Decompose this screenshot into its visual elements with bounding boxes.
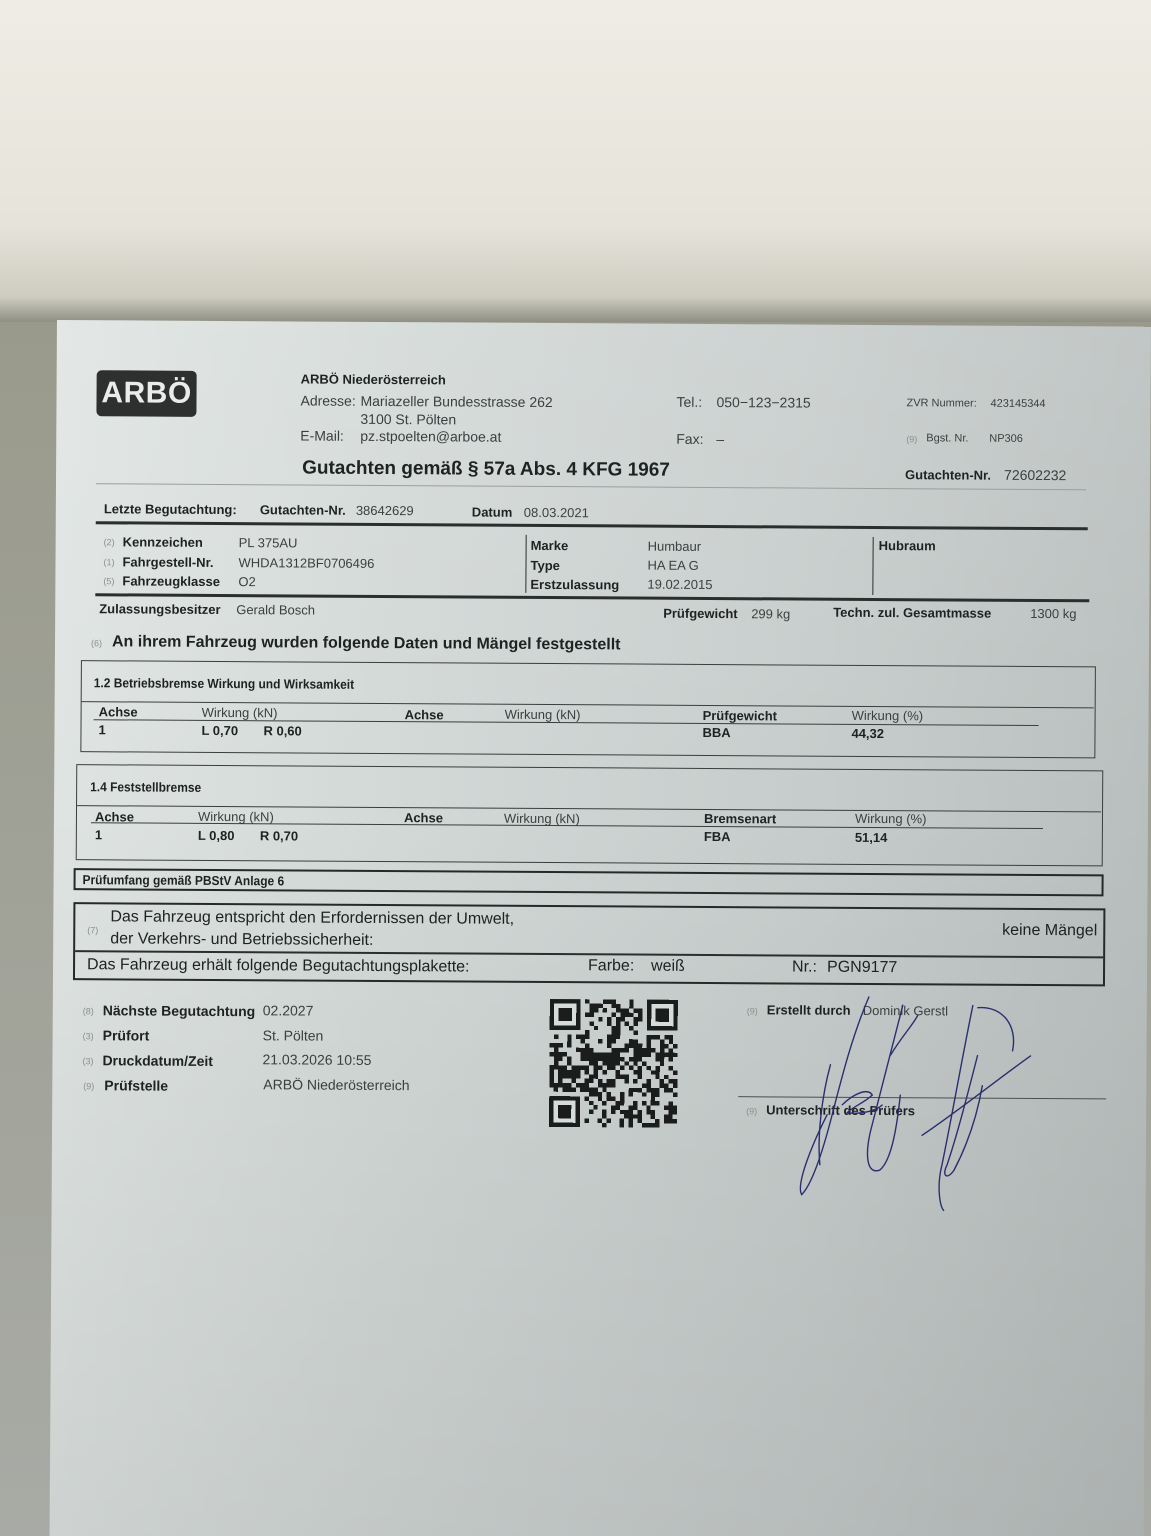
hubraum-column-divider xyxy=(872,537,873,595)
service-col-wirkung-kn: Wirkung (kN) xyxy=(202,705,278,720)
parking-col-wirkung-pct: Wirkung (%) xyxy=(855,811,927,826)
last-inspection-label: Letzte Begutachtung: xyxy=(104,501,237,517)
service-col-wirkung-pct: Wirkung (%) xyxy=(852,708,924,723)
section-divider-vehicle xyxy=(95,593,1089,602)
findings-number-tag: (6) xyxy=(91,638,102,648)
pruefort-value: St. Pölten xyxy=(263,1027,324,1043)
besitzer-value: Gerald Bosch xyxy=(236,602,315,617)
naechste-label: Nächste Begutachtung xyxy=(103,1002,256,1019)
last-datum-label: Datum xyxy=(472,505,513,520)
naechste-value: 02.2027 xyxy=(263,1002,314,1018)
plakette-nr-value: PGN9177 xyxy=(827,959,897,977)
org-name: ARBÖ Niederösterreich xyxy=(301,371,446,387)
result-line2: der Verkehrs- und Betriebssicherheit: xyxy=(110,930,373,950)
service-brake-title: 1.2 Betriebsbremse Wirkung und Wirksamke… xyxy=(94,675,354,692)
hubraum-label: Hubraum xyxy=(879,538,936,553)
kennzeichen-value: PL 375AU xyxy=(239,535,298,550)
naechste-number-tag: (8) xyxy=(83,1006,94,1016)
service-col-achse: Achse xyxy=(99,704,138,719)
unterschrift-number-tag: (9) xyxy=(746,1106,757,1116)
zvr-label: ZVR Nummer: xyxy=(906,397,976,409)
gesamtmasse-value: 1300 kg xyxy=(1030,606,1076,621)
pruefort-number-tag: (3) xyxy=(83,1031,94,1041)
arboe-logo: ARBÖ xyxy=(96,370,196,417)
address-line2: 3100 St. Pölten xyxy=(360,411,456,428)
gutachten-nr-value: 72602232 xyxy=(1004,467,1066,483)
service-row-type: BBA xyxy=(702,725,730,740)
klasse-label: Fahrzeugklasse xyxy=(122,573,220,589)
parking-row-right: R 0,70 xyxy=(260,828,298,843)
service-row-percent: 44,32 xyxy=(851,726,884,741)
background-wall xyxy=(0,0,1151,322)
klasse-number-tag: (5) xyxy=(103,576,114,586)
pruefort-label: Prüfort xyxy=(103,1027,150,1043)
unterschrift-label: Unterschrift des Prüfers xyxy=(766,1102,915,1118)
farbe-value: weiß xyxy=(651,958,685,976)
druck-number-tag: (3) xyxy=(82,1056,93,1066)
section-divider-top xyxy=(96,521,1088,530)
last-gutachten-label: Gutachten-Nr. xyxy=(260,502,346,518)
bgst-value: NP306 xyxy=(989,433,1023,445)
pruefstelle-value: ARBÖ Niederösterreich xyxy=(263,1076,409,1093)
klasse-value: O2 xyxy=(238,574,255,589)
result-panel: (7) Das Fahrzeug entspricht den Erforder… xyxy=(73,902,1105,986)
druck-value: 21.03.2026 10:55 xyxy=(262,1051,371,1068)
last-gutachten-value: 38642629 xyxy=(356,503,414,518)
qr-code[interactable] xyxy=(548,999,679,1128)
fax-value: – xyxy=(716,431,724,447)
last-datum-value: 08.03.2021 xyxy=(524,505,589,520)
service-row-left: L 0,70 xyxy=(201,723,238,738)
erstzulassung-value: 19.02.2015 xyxy=(647,577,712,592)
parking-row-left: L 0,80 xyxy=(198,828,235,843)
pruefgewicht-value: 299 kg xyxy=(751,606,790,621)
result-verdict: keine Mängel xyxy=(1002,922,1097,941)
marke-value: Humbaur xyxy=(648,539,702,554)
vehicle-column-divider xyxy=(525,535,526,593)
parking-row-percent: 51,14 xyxy=(855,830,888,845)
parking-brake-panel: 1.4 Feststellbremse Achse Wirkung (kN) A… xyxy=(76,764,1104,866)
druck-label: Druckdatum/Zeit xyxy=(102,1052,213,1069)
document-title: Gutachten gemäß § 57a Abs. 4 KFG 1967 xyxy=(302,458,670,482)
result-line1: Das Fahrzeug entspricht den Erforderniss… xyxy=(110,908,514,928)
findings-heading: An ihrem Fahrzeug wurden folgende Daten … xyxy=(112,633,621,654)
result-number-tag: (7) xyxy=(87,925,98,935)
type-label: Type xyxy=(530,558,559,573)
pruefgewicht-label: Prüfgewicht xyxy=(663,606,737,621)
parking-row-type: FBA xyxy=(704,829,731,844)
marke-label: Marke xyxy=(531,538,569,553)
service-row-right: R 0,60 xyxy=(263,723,301,738)
parking-col-bremsenart: Bremsenart xyxy=(704,811,776,826)
type-value: HA EA G xyxy=(647,558,698,573)
farbe-label: Farbe: xyxy=(588,957,634,975)
fahrgestell-number-tag: (1) xyxy=(103,557,114,567)
scope-panel: Prüfumfang gemäß PBStV Anlage 6 xyxy=(74,868,1104,896)
inspection-certificate: ARBÖ ARBÖ Niederösterreich Adresse: Mari… xyxy=(50,320,1151,1536)
address-label: Adresse: xyxy=(300,392,355,408)
service-col-pruefgewicht: Prüfgewicht xyxy=(703,708,777,723)
fax-label: Fax: xyxy=(676,431,703,447)
service-col-achse2: Achse xyxy=(405,707,444,722)
kennzeichen-number-tag: (2) xyxy=(104,537,115,547)
erstellt-value: Dominik Gerstl xyxy=(863,1003,948,1019)
parking-brake-title: 1.4 Feststellbremse xyxy=(90,779,201,795)
service-brake-panel: 1.2 Betriebsbremse Wirkung und Wirksamke… xyxy=(80,660,1096,758)
erstellt-number-tag: (9) xyxy=(747,1006,758,1016)
pruefstelle-label: Prüfstelle xyxy=(104,1077,168,1093)
service-row-achse: 1 xyxy=(98,722,105,737)
fahrgestell-value: WHDA1312BF0706496 xyxy=(238,555,374,571)
tel-value: 050−123−2315 xyxy=(716,394,810,411)
header-divider xyxy=(96,483,1086,490)
gutachten-nr-label: Gutachten-Nr. xyxy=(905,467,991,483)
fahrgestell-label: Fahrgestell-Nr. xyxy=(122,554,213,570)
parking-col-achse2: Achse xyxy=(404,810,443,825)
address-line1: Mariazeller Bundesstrasse 262 xyxy=(360,393,552,410)
gesamtmasse-label: Techn. zul. Gesamtmasse xyxy=(833,605,991,621)
erstellt-label: Erstellt durch xyxy=(767,1002,851,1018)
plakette-nr-label: Nr.: xyxy=(792,959,817,977)
parking-row-achse: 1 xyxy=(95,827,102,842)
signature-line xyxy=(738,1096,1106,1099)
erstzulassung-label: Erstzulassung xyxy=(530,577,619,593)
bgst-number-tag: (9) xyxy=(906,434,917,444)
scope-label: Prüfumfang gemäß PBStV Anlage 6 xyxy=(83,872,285,888)
email-label: E-Mail: xyxy=(300,427,344,443)
besitzer-label: Zulassungsbesitzer xyxy=(99,601,220,617)
bgst-label: Bgst. Nr. xyxy=(926,432,968,444)
plakette-label: Das Fahrzeug erhält folgende Begutachtun… xyxy=(87,956,470,976)
pruefstelle-number-tag: (9) xyxy=(83,1081,94,1091)
tel-label: Tel.: xyxy=(676,394,702,410)
kennzeichen-label: Kennzeichen xyxy=(123,534,203,549)
service-col-wirkung-kn2: Wirkung (kN) xyxy=(505,707,581,722)
email-link[interactable]: pz.stpoelten@arboe.at xyxy=(360,428,501,445)
zvr-value: 423145344 xyxy=(990,398,1045,410)
